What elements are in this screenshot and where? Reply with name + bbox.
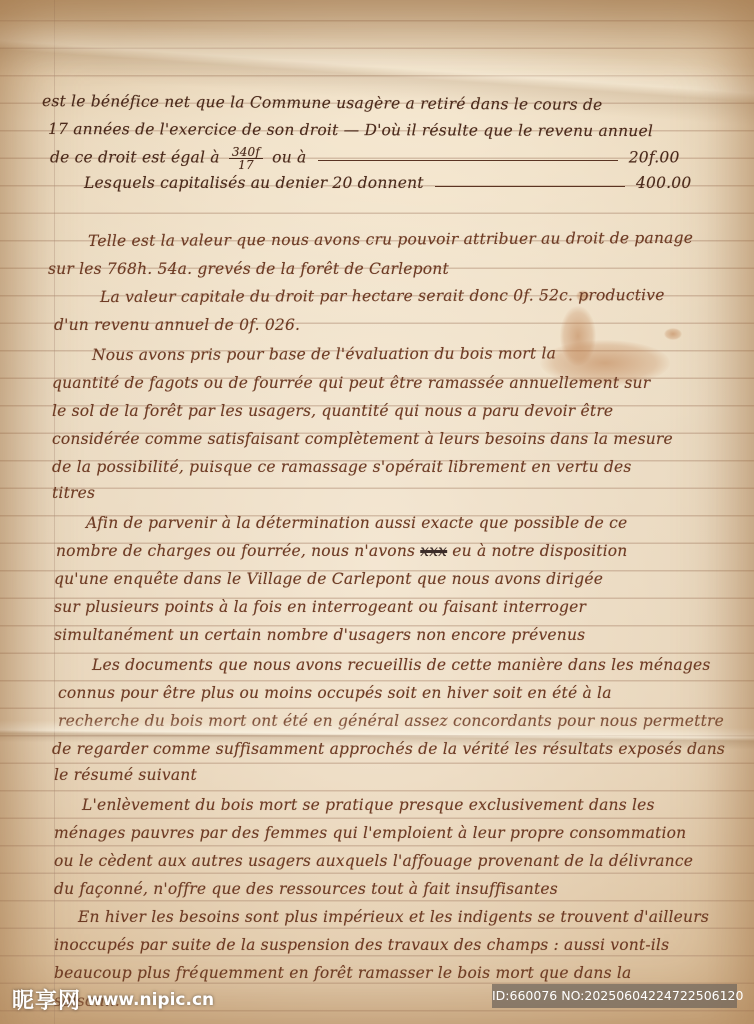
computation-line-capital: Lesquels capitalisés au denier 20 donnen…	[84, 174, 691, 192]
computation-line-revenue: de ce droit est égal à 340f 17 ou à 20f.…	[50, 146, 680, 171]
text-line: quantité de fagots ou de fourrée qui peu…	[52, 374, 650, 392]
text-line: sur plusieurs points à la fois en interr…	[54, 598, 586, 616]
text-line: En hiver les besoins sont plus impérieux…	[78, 908, 709, 926]
text-fragment: eu à notre disposition	[452, 542, 627, 560]
text-line: beaucoup plus fréquemment en forêt ramas…	[54, 964, 631, 982]
fraction: 340f 17	[229, 146, 263, 171]
text-fragment: de ce droit est égal à	[50, 149, 220, 167]
text-line: Telle est la valeur que nous avons cru p…	[88, 229, 693, 250]
text-line: de regarder comme suffisamment approchés…	[52, 740, 725, 758]
text-line: titres	[52, 484, 95, 502]
text-fragment: nombre de charges ou fourrée, nous n'avo…	[56, 542, 415, 560]
watermark-logo: 昵享网 www.nipic.cn	[12, 984, 214, 1015]
leader-line	[435, 186, 625, 187]
text-line: inoccupés par suite de la suspension des…	[54, 936, 669, 954]
text-line: recherche du bois mort ont été en généra…	[58, 712, 724, 730]
text-fragment: ou à	[272, 149, 306, 167]
text-line: le sol de la forêt par les usagers, quan…	[52, 402, 613, 420]
text-line: de la possibilité, puisque ce ramassage …	[52, 458, 632, 476]
text-line: Nous avons pris pour base de l'évaluatio…	[92, 344, 556, 364]
watermark-id-badge: ID:660076 NO:20250604224722506120	[492, 984, 737, 1008]
watermark-brand: 昵享网	[12, 984, 81, 1015]
text-line: d'un revenu annuel de 0f. 026.	[54, 316, 300, 334]
text-line: connus pour être plus ou moins occupés s…	[58, 684, 612, 702]
text-line: ou le cèdent aux autres usagers auxquels…	[54, 852, 693, 870]
text-line: simultanément un certain nombre d'usager…	[54, 626, 585, 644]
text-fragment: Lesquels capitalisés au denier 20 donnen…	[84, 174, 424, 192]
watermark-url: www.nipic.cn	[87, 990, 214, 1010]
text-line-with-strike: nombre de charges ou fourrée, nous n'avo…	[56, 542, 627, 560]
fraction-denominator: 17	[229, 159, 263, 171]
text-line: La valeur capitale du droit par hectare …	[100, 286, 665, 306]
text-line: considérée comme satisfaisant complèteme…	[52, 430, 673, 448]
text-line: du façonné, n'offre que des ressources t…	[54, 880, 558, 898]
text-line: Afin de parvenir à la détermination auss…	[86, 514, 627, 532]
annual-revenue-amount: 20f.00	[629, 149, 680, 167]
capitalized-amount: 400.00	[636, 174, 691, 192]
text-line: sur les 768h. 54a. grevés de la forêt de…	[48, 260, 449, 278]
text-line: Les documents que nous avons recueillis …	[92, 656, 711, 674]
leader-line	[318, 160, 618, 161]
text-line: qu'une enquête dans le Village de Carlep…	[54, 570, 603, 588]
manuscript-page: est le bénéfice net que la Commune usagè…	[0, 0, 754, 1024]
text-line: 17 années de l'exercice de son droit — D…	[48, 120, 653, 140]
text-line: ménages pauvres par des femmes qui l'emp…	[54, 824, 686, 842]
text-line: L'enlèvement du bois mort se pratique pr…	[82, 796, 655, 814]
struck-word: xxx	[420, 542, 447, 560]
text-line: le résumé suivant	[54, 766, 197, 784]
